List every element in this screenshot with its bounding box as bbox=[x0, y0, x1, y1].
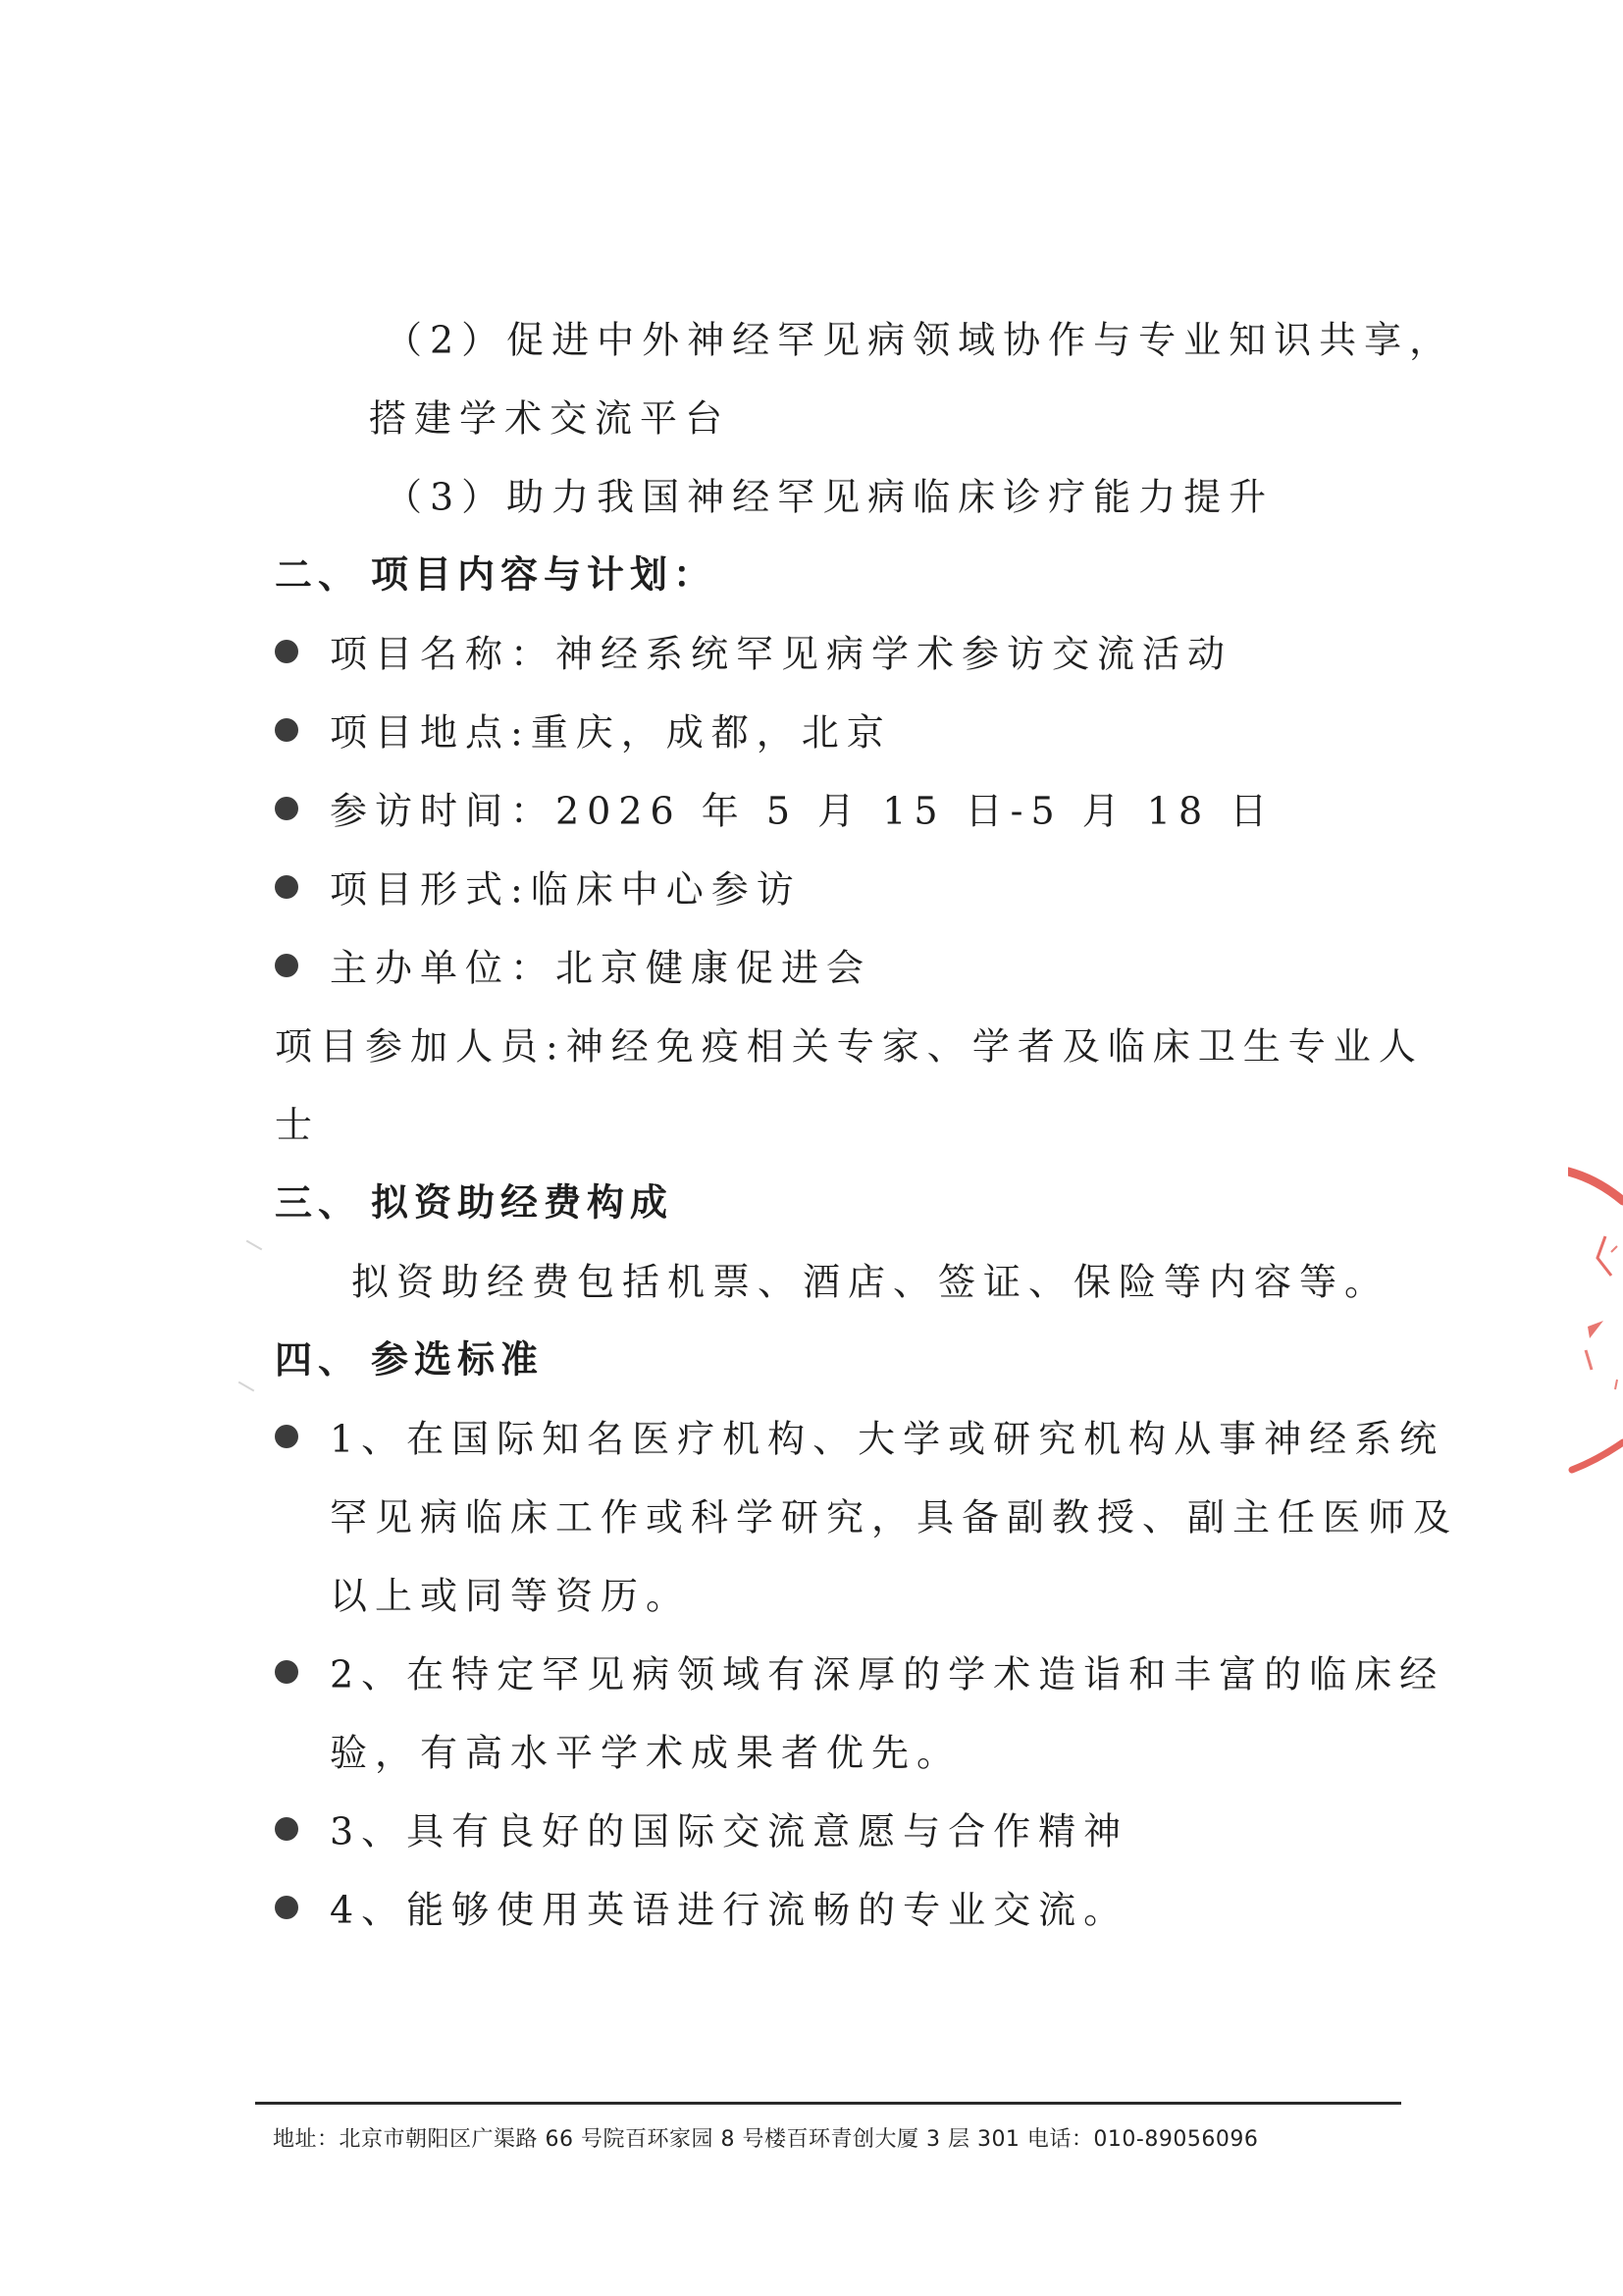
visit-time: 参访时间：2026 年 5 月 15 日-5 月 18 日 bbox=[330, 768, 1275, 847]
scan-mark bbox=[246, 1240, 263, 1251]
section-title: 参选标准 bbox=[371, 1338, 544, 1382]
section-title: 拟资助经费构成 bbox=[371, 1181, 673, 1225]
section-4-heading: 四、参选标准 bbox=[275, 1318, 544, 1396]
objective-2-line2: 搭建学术交流平台 bbox=[369, 376, 730, 454]
criterion-1-line2: 罕见病临床工作或科学研究，具备副教授、副主任医师及 bbox=[330, 1475, 1458, 1553]
bullet-dot-icon bbox=[275, 1425, 298, 1448]
official-seal-fragment bbox=[1568, 1158, 1623, 1491]
objective-3: （3）助力我国神经罕见病临床诊疗能力提升 bbox=[385, 454, 1274, 533]
footer-address: 地址：北京市朝阳区广渠路 66 号院百环家园 8 号楼百环青创大厦 3 层 30… bbox=[273, 2125, 1258, 2155]
participants-line2: 士 bbox=[275, 1082, 320, 1161]
bullet-dot-icon bbox=[275, 718, 298, 742]
criterion-1-line3: 以上或同等资历。 bbox=[330, 1553, 691, 1632]
section-number: 二、 bbox=[275, 536, 371, 614]
criterion-4: 4、能够使用英语进行流畅的专业交流。 bbox=[330, 1867, 1128, 1946]
footer-divider bbox=[255, 2102, 1401, 2105]
section-number: 三、 bbox=[275, 1164, 371, 1242]
bullet-dot-icon bbox=[275, 1896, 298, 1919]
section-number: 四、 bbox=[275, 1321, 371, 1399]
project-format: 项目形式:临床中心参访 bbox=[330, 847, 802, 925]
bullet-dot-icon bbox=[275, 875, 298, 899]
participants-line1: 项目参加人员:神经免疫相关专家、学者及临床卫生专业人 bbox=[275, 1004, 1424, 1082]
section-title: 项目内容与计划： bbox=[371, 553, 716, 597]
bullet-dot-icon bbox=[275, 797, 298, 820]
criterion-2-line1: 2、在特定罕见病领域有深厚的学术造诣和丰富的临床经 bbox=[330, 1632, 1444, 1710]
section-3-heading: 三、拟资助经费构成 bbox=[275, 1161, 673, 1239]
organizer: 主办单位：北京健康促进会 bbox=[330, 925, 871, 1004]
document-page: （2）促进中外神经罕见病领域协作与专业知识共享， 搭建学术交流平台 （3）助力我… bbox=[0, 0, 1623, 2296]
criterion-1-line1: 1、在国际知名医疗机构、大学或研究机构从事神经系统 bbox=[330, 1396, 1444, 1475]
bullet-dot-icon bbox=[275, 1817, 298, 1841]
bullet-dot-icon bbox=[275, 1660, 298, 1684]
bullet-dot-icon bbox=[275, 640, 298, 663]
project-name: 项目名称：神经系统罕见病学术参访交流活动 bbox=[330, 611, 1232, 690]
project-location: 项目地点:重庆，成都，北京 bbox=[330, 690, 892, 768]
criterion-3: 3、具有良好的国际交流意愿与合作精神 bbox=[330, 1789, 1128, 1867]
bullet-dot-icon bbox=[275, 954, 298, 977]
section-2-heading: 二、项目内容与计划： bbox=[275, 533, 716, 611]
scan-mark bbox=[238, 1382, 255, 1392]
funding-description: 拟资助经费包括机票、酒店、签证、保险等内容等。 bbox=[351, 1239, 1389, 1318]
objective-2-line1: （2）促进中外神经罕见病领域协作与专业知识共享， bbox=[385, 297, 1454, 376]
criterion-2-line2: 验，有高水平学术成果者优先。 bbox=[330, 1710, 962, 1789]
